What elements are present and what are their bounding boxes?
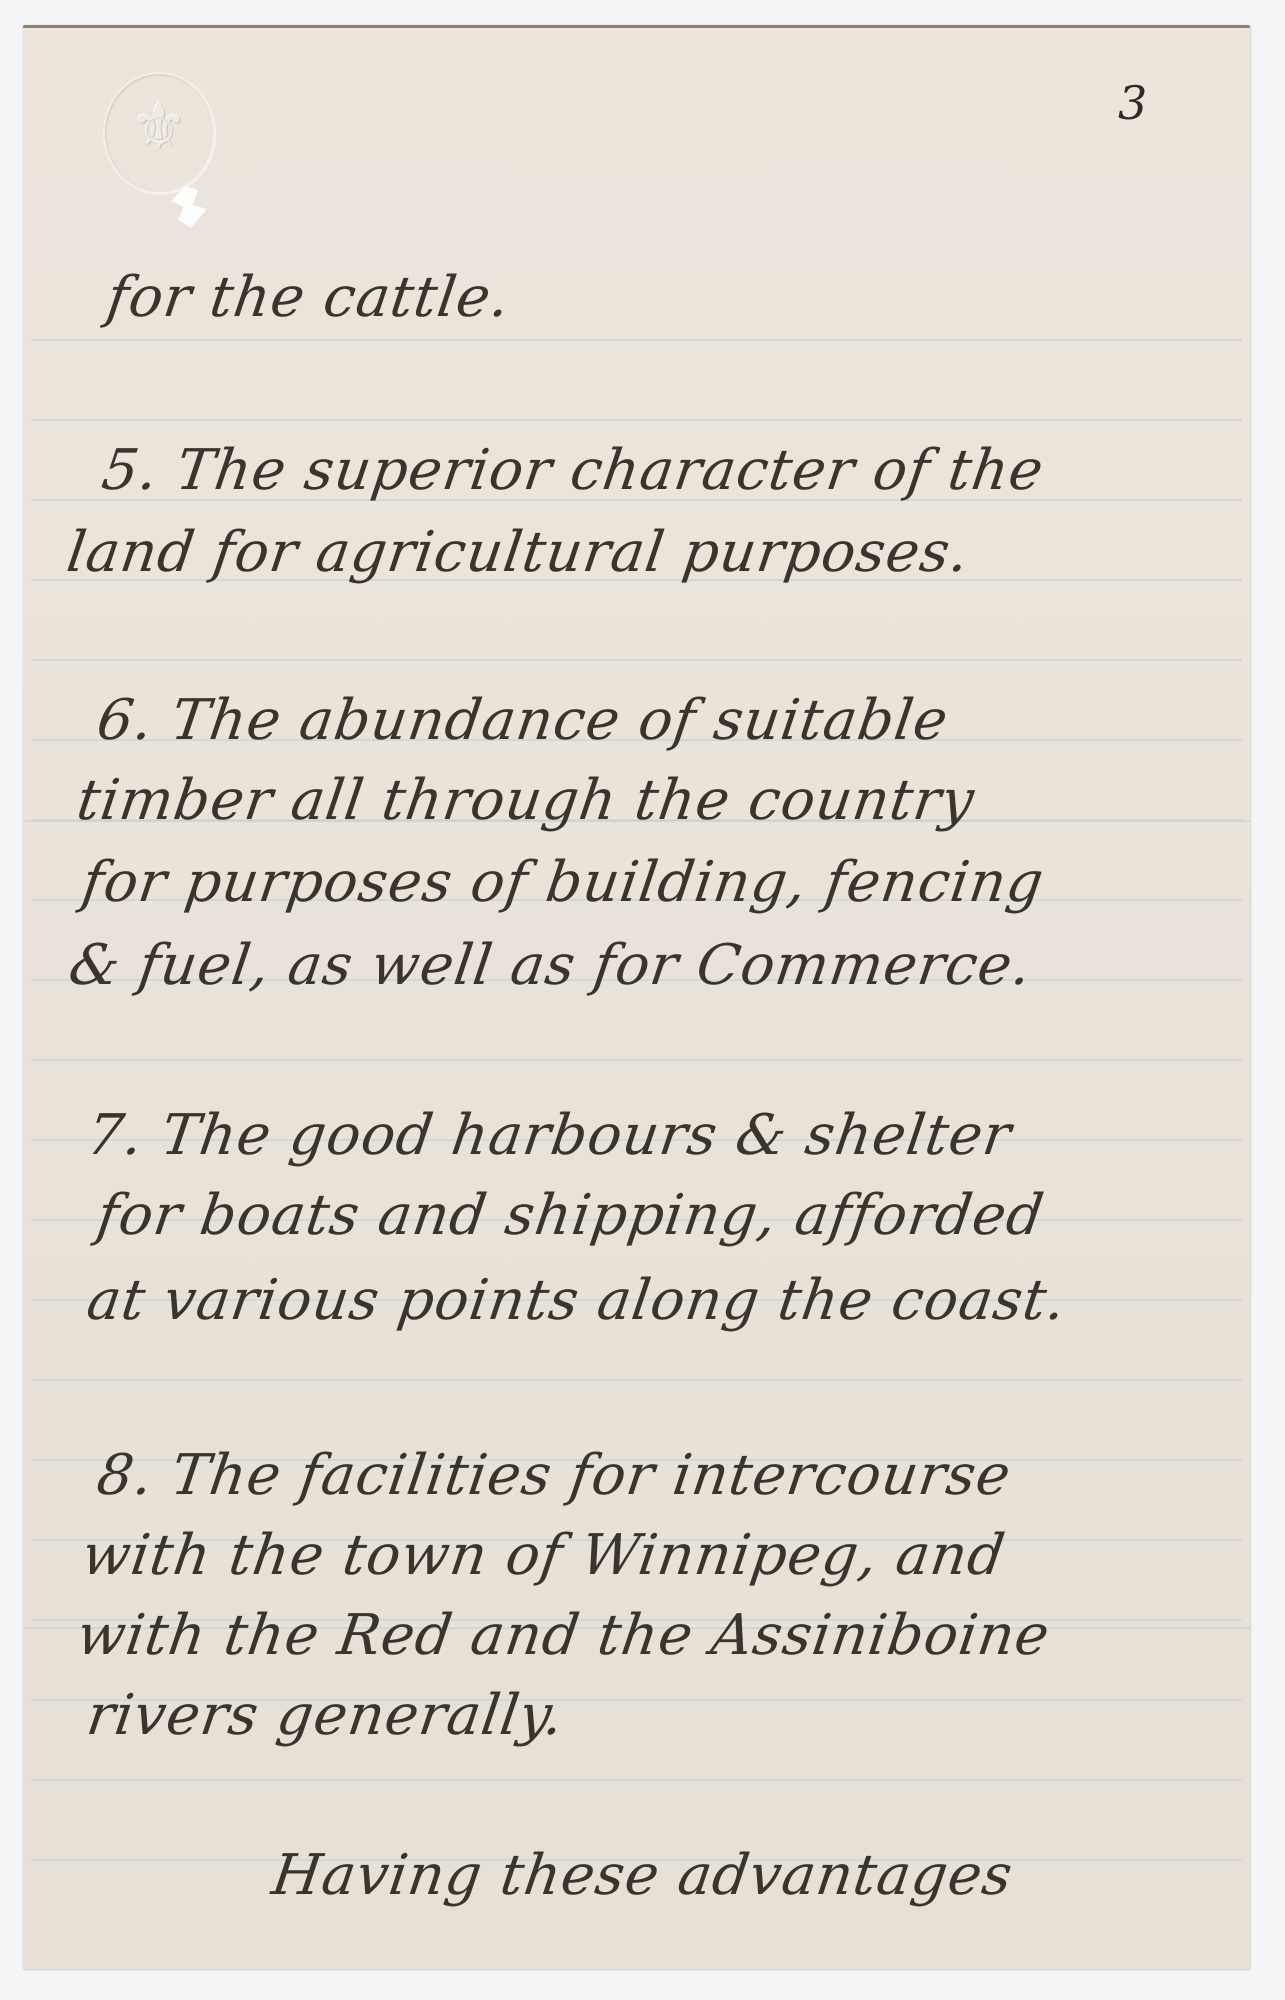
text-line-2: 5. The superior character of the (98, 438, 1048, 503)
paper-tear (171, 186, 207, 228)
text-line-5: timber all through the country (73, 768, 979, 833)
text-line-10: at various points along the coast. (83, 1268, 1070, 1333)
text-line-9: for boats and shipping, afforded (93, 1183, 1048, 1248)
text-line-7: & fuel, as well as for Commerce. (65, 933, 1036, 998)
ruled-line (31, 659, 1242, 661)
ruled-line (31, 419, 1242, 421)
text-line-8: 7. The good harbours & shelter (83, 1103, 1016, 1168)
text-line-6: for purposes of building, fencing (78, 850, 1048, 915)
text-line-14: rivers generally. (83, 1683, 568, 1748)
ruled-line (31, 1379, 1242, 1381)
text-line-13: with the Red and the Assiniboine (73, 1603, 1054, 1668)
letter-page: ⚜ 3 for the cattle. 5. The superior char… (23, 25, 1250, 1969)
ruled-line (31, 1059, 1242, 1061)
text-line-4: 6. The abundance of suitable (93, 688, 952, 753)
ruled-line (31, 1779, 1242, 1781)
ruled-line (31, 339, 1242, 341)
embossed-fleur-de-lis-seal: ⚜ (103, 72, 215, 194)
text-line-1: for the cattle. (103, 265, 514, 330)
text-line-11: 8. The facilities for intercourse (93, 1443, 1015, 1508)
fleur-de-lis-icon: ⚜ (105, 92, 213, 162)
page-number: 3 (1118, 76, 1147, 130)
text-line-3: land for agricultural purposes. (63, 520, 974, 585)
text-line-12: with the town of Winnipeg, and (78, 1523, 1009, 1588)
text-line-15: Having these advantages (268, 1843, 1017, 1908)
